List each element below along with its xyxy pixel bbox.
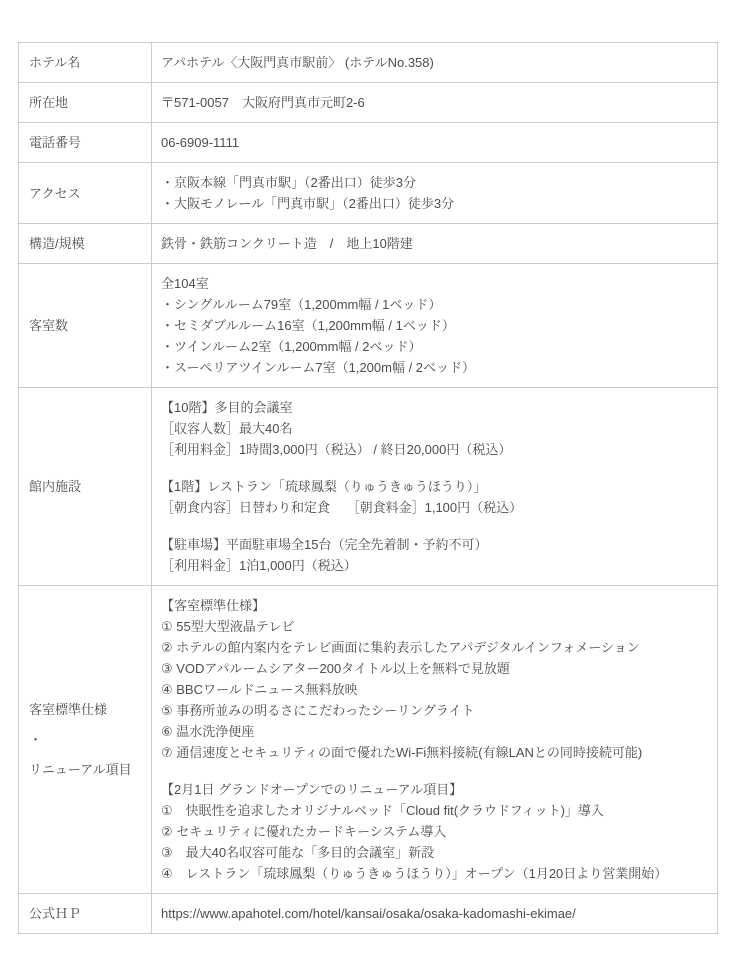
- table-row-structure-scale: 構造/規模鉄骨・鉄筋コンクリート造 / 地上10階建: [19, 224, 718, 264]
- label-line: 客室数: [29, 315, 143, 336]
- hotel-info-table: ホテル名アパホテル〈大阪門真市駅前〉 (ホテルNo.358)所在地〒571-00…: [18, 42, 718, 934]
- value-line: ④ BBCワールドニュース無料放映: [161, 679, 705, 700]
- value-line: ③ 最大40名収容可能な「多目的会議室」新設: [161, 842, 705, 863]
- value-line: ・セミダブルルーム16室（1,200mm幅 / 1ベッド）: [161, 315, 705, 336]
- label-line: 公式ＨＰ: [29, 903, 143, 924]
- table-row-hotel-name: ホテル名アパホテル〈大阪門真市駅前〉 (ホテルNo.358): [19, 43, 718, 83]
- row-label-room-spec-renewal: 客室標準仕様・リニューアル項目: [19, 586, 152, 894]
- table-row-room-spec-renewal: 客室標準仕様・リニューアル項目【客室標準仕様】① 55型大型液晶テレビ② ホテル…: [19, 586, 718, 894]
- hotel-info-table-body: ホテル名アパホテル〈大阪門真市駅前〉 (ホテルNo.358)所在地〒571-00…: [19, 43, 718, 934]
- table-row-room-count: 客室数全104室・シングルルーム79室（1,200mm幅 / 1ベッド）・セミダ…: [19, 264, 718, 388]
- value-line: ② セキュリティに優れたカードキーシステム導入: [161, 821, 705, 842]
- row-label-access: アクセス: [19, 163, 152, 224]
- value-line: ・ツインルーム2室（1,200mm幅 / 2ベッド）: [161, 336, 705, 357]
- row-value-structure-scale: 鉄骨・鉄筋コンクリート造 / 地上10階建: [152, 224, 718, 264]
- table-row-phone-number: 電話番号06-6909-1111: [19, 123, 718, 163]
- label-line: アクセス: [29, 183, 143, 204]
- value-line: ⑥ 温水洗浄便座: [161, 721, 705, 742]
- value-line: ［利用料金］1時間3,000円（税込） / 終日20,000円（税込）: [161, 439, 705, 460]
- row-value-official-site: https://www.apahotel.com/hotel/kansai/os…: [152, 894, 718, 934]
- row-label-phone-number: 電話番号: [19, 123, 152, 163]
- table-row-official-site: 公式ＨＰhttps://www.apahotel.com/hotel/kansa…: [19, 894, 718, 934]
- row-value-phone-number: 06-6909-1111: [152, 123, 718, 163]
- row-value-room-spec-renewal: 【客室標準仕様】① 55型大型液晶テレビ② ホテルの館内案内をテレビ画面に集約表…: [152, 586, 718, 894]
- value-line: 【駐車場】平面駐車場全15台（完全先着制・予約不可）: [161, 534, 705, 555]
- value-line: 〒571-0057 大阪府門真市元町2-6: [161, 92, 705, 113]
- value-line: ① 快眠性を追求したオリジナルベッド「Cloud fit(クラウドフィット)」導…: [161, 800, 705, 821]
- label-line: リニューアル項目: [29, 759, 143, 780]
- row-value-address: 〒571-0057 大阪府門真市元町2-6: [152, 83, 718, 123]
- value-line: ・大阪モノレール「門真市駅」（2番出口）徒歩3分: [161, 193, 705, 214]
- value-line: 【2月1日 グランドオープンでのリニューアル項目】: [161, 779, 705, 800]
- value-line: ・京阪本線「門真市駅」（2番出口）徒歩3分: [161, 172, 705, 193]
- value-line: ④ レストラン「琉球鳳梨（りゅうきゅうほうり）」オープン（1月20日より営業開始…: [161, 863, 705, 884]
- row-label-structure-scale: 構造/規模: [19, 224, 152, 264]
- label-line: 電話番号: [29, 132, 143, 153]
- row-value-access: ・京阪本線「門真市駅」（2番出口）徒歩3分・大阪モノレール「門真市駅」（2番出口…: [152, 163, 718, 224]
- value-line: ・スーペリアツインルーム7室（1,200m幅 / 2ベッド）: [161, 357, 705, 378]
- value-line: ［収容人数］最大40名: [161, 418, 705, 439]
- value-line: ⑦ 通信速度とセキュリティの面で優れたWi-Fi無料接続(有線LANとの同時接続…: [161, 742, 705, 763]
- value-line: ⑤ 事務所並みの明るさにこだわったシーリングライト: [161, 700, 705, 721]
- official-site-url: https://www.apahotel.com/hotel/kansai/os…: [161, 903, 705, 924]
- value-line: ・シングルルーム79室（1,200mm幅 / 1ベッド）: [161, 294, 705, 315]
- label-line: 構造/規模: [29, 233, 143, 254]
- value-line: 鉄骨・鉄筋コンクリート造 / 地上10階建: [161, 233, 705, 254]
- value-line: ③ VODアパルームシアター200タイトル以上を無料で見放題: [161, 658, 705, 679]
- row-label-official-site: 公式ＨＰ: [19, 894, 152, 934]
- label-line: 客室標準仕様: [29, 699, 143, 720]
- hotel-info-section: ホテル名アパホテル〈大阪門真市駅前〉 (ホテルNo.358)所在地〒571-00…: [18, 42, 718, 934]
- row-value-hotel-name: アパホテル〈大阪門真市駅前〉 (ホテルNo.358): [152, 43, 718, 83]
- row-value-facilities: 【10階】多目的会議室［収容人数］最大40名［利用料金］1時間3,000円（税込…: [152, 388, 718, 586]
- label-line: ホテル名: [29, 52, 143, 73]
- row-label-facilities: 館内施設: [19, 388, 152, 586]
- row-label-hotel-name: ホテル名: [19, 43, 152, 83]
- row-label-address: 所在地: [19, 83, 152, 123]
- value-line: [161, 763, 705, 779]
- value-line: ① 55型大型液晶テレビ: [161, 616, 705, 637]
- table-row-address: 所在地〒571-0057 大阪府門真市元町2-6: [19, 83, 718, 123]
- row-label-room-count: 客室数: [19, 264, 152, 388]
- value-line: 【10階】多目的会議室: [161, 397, 705, 418]
- value-line: 【客室標準仕様】: [161, 595, 705, 616]
- value-line: ［朝食内容］日替わり和定食 ［朝食料金］1,100円（税込）: [161, 497, 705, 518]
- value-line: 全104室: [161, 273, 705, 294]
- table-row-access: アクセス・京阪本線「門真市駅」（2番出口）徒歩3分・大阪モノレール「門真市駅」（…: [19, 163, 718, 224]
- value-line: [161, 518, 705, 534]
- value-line: 【1階】レストラン「琉球鳳梨（りゅうきゅうほうり）」: [161, 476, 705, 497]
- value-line: ② ホテルの館内案内をテレビ画面に集約表示したアパデジタルインフォメーション: [161, 637, 705, 658]
- label-line: ・: [29, 729, 143, 750]
- table-row-facilities: 館内施設【10階】多目的会議室［収容人数］最大40名［利用料金］1時間3,000…: [19, 388, 718, 586]
- value-line: アパホテル〈大阪門真市駅前〉 (ホテルNo.358): [161, 52, 705, 73]
- label-line: 館内施設: [29, 476, 143, 497]
- value-line: ［利用料金］1泊1,000円（税込）: [161, 555, 705, 576]
- label-line: 所在地: [29, 92, 143, 113]
- row-value-room-count: 全104室・シングルルーム79室（1,200mm幅 / 1ベッド）・セミダブルル…: [152, 264, 718, 388]
- value-line: 06-6909-1111: [161, 132, 705, 153]
- value-line: [161, 460, 705, 476]
